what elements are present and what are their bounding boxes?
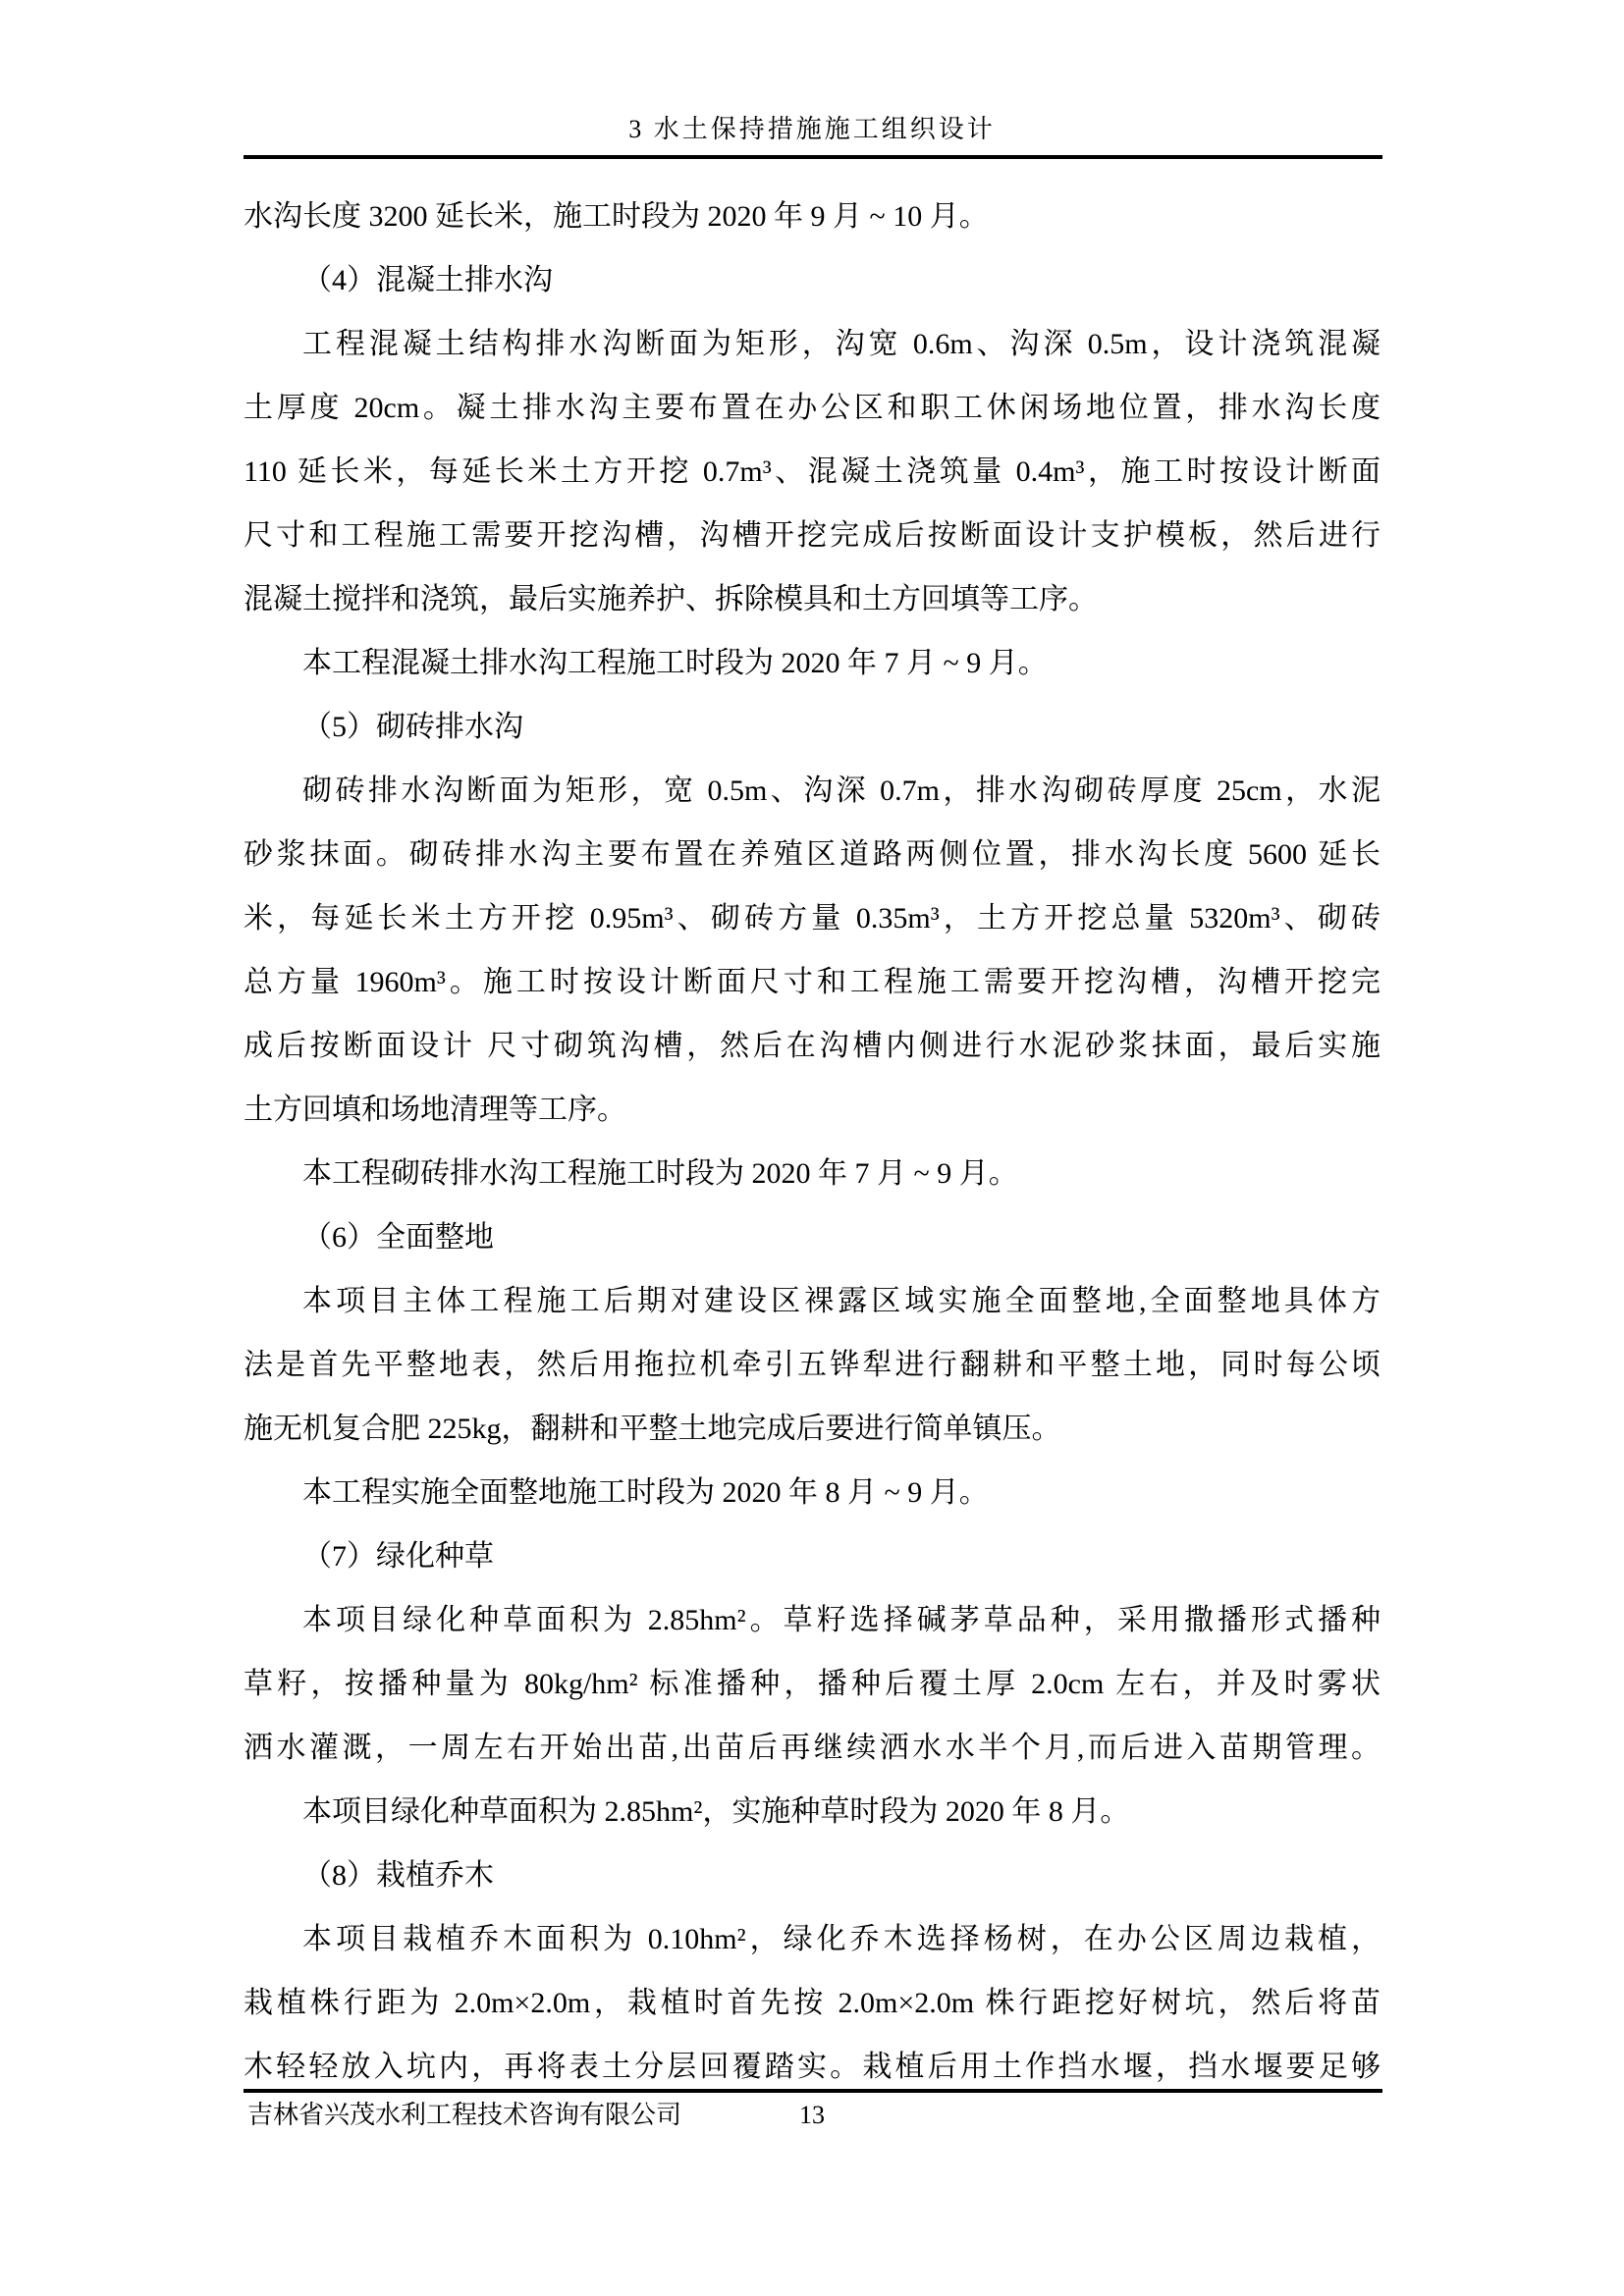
footer-rule [244, 2089, 1382, 2093]
body-line: 草籽，按播种量为 80kg/hm² 标准播种，播种后覆土厚 2.0cm 左右，并… [244, 1652, 1380, 1716]
body-line: 本项目绿化种草面积为 2.85hm²。草籽选择碱茅草品种，采用撒播形式播种 [244, 1588, 1380, 1652]
body-line: （7）绿化种草 [244, 1524, 1380, 1588]
body-line: 洒水灌溉，一周左右开始出苗,出苗后再继续洒水水半个月,而后进入苗期管理。 [244, 1716, 1380, 1780]
body-line: 本工程混凝土排水沟工程施工时段为 2020 年 7 月 ~ 9 月。 [244, 631, 1380, 695]
document-page: 3 水土保持措施施工组织设计 水沟长度 3200 延长米，施工时段为 2020 … [0, 0, 1624, 2296]
body-line: 米，每延长米土方开挖 0.95m³、砌砖方量 0.35m³，土方开挖总量 532… [244, 886, 1380, 950]
body-line: 混凝土搅拌和浇筑，最后实施养护、拆除模具和土方回填等工序。 [244, 567, 1380, 631]
body-line: 土厚度 20cm。凝土排水沟主要布置在办公区和职工休闲场地位置，排水沟长度 [244, 376, 1380, 440]
body-line: 本工程实施全面整地施工时段为 2020 年 8 月 ~ 9 月。 [244, 1461, 1380, 1524]
body-line: 砂浆抹面。砌砖排水沟主要布置在养殖区道路两侧位置，排水沟长度 5600 延长 [244, 823, 1380, 886]
body-line: 工程混凝土结构排水沟断面为矩形，沟宽 0.6m、沟深 0.5m，设计浇筑混凝 [244, 312, 1380, 376]
body-line: （5）砌砖排水沟 [244, 695, 1380, 759]
body-line: 110 延长米，每延长米土方开挖 0.7m³、混凝土浇筑量 0.4m³，施工时按… [244, 440, 1380, 504]
body-line: 成后按断面设计 尺寸砌筑沟槽，然后在沟槽内侧进行水泥砂浆抹面，最后实施 [244, 1014, 1380, 1078]
body-line: 总方量 1960m³。施工时按设计断面尺寸和工程施工需要开挖沟槽，沟槽开挖完 [244, 950, 1380, 1014]
footer-page-number: 13 [0, 2097, 1624, 2134]
body-line: 本工程砌砖排水沟工程施工时段为 2020 年 7 月 ~ 9 月。 [244, 1142, 1380, 1205]
body-line: （8）栽植乔木 [244, 1843, 1380, 1907]
body-line: 水沟长度 3200 延长米，施工时段为 2020 年 9 月 ~ 10 月。 [244, 185, 1380, 248]
body-line: 尺寸和工程施工需要开挖沟槽，沟槽开挖完成后按断面设计支护模板，然后进行 [244, 504, 1380, 567]
body-line: 本项目主体工程施工后期对建设区裸露区域实施全面整地,全面整地具体方 [244, 1269, 1380, 1333]
body-line: （4）混凝土排水沟 [244, 248, 1380, 312]
body-line: 砌砖排水沟断面为矩形，宽 0.5m、沟深 0.7m，排水沟砌砖厚度 25cm，水… [244, 759, 1380, 823]
body-line: 栽植株行距为 2.0m×2.0m，栽植时首先按 2.0m×2.0m 株行距挖好树… [244, 1971, 1380, 2035]
body-line: 本项目栽植乔木面积为 0.10hm²，绿化乔木选择杨树，在办公区周边栽植， [244, 1907, 1380, 1971]
header-rule [244, 155, 1382, 159]
body-line: 法是首先平整地表，然后用拖拉机牵引五铧犁进行翻耕和平整土地，同时每公顷 [244, 1333, 1380, 1397]
body-line: （6）全面整地 [244, 1205, 1380, 1269]
body-line: 土方回填和场地清理等工序。 [244, 1078, 1380, 1142]
page-body: 水沟长度 3200 延长米，施工时段为 2020 年 9 月 ~ 10 月。 （… [244, 185, 1380, 2099]
body-line: 本项目绿化种草面积为 2.85hm²，实施种草时段为 2020 年 8 月。 [244, 1780, 1380, 1843]
header-title: 3 水土保持措施施工组织设计 [0, 110, 1624, 149]
body-line: 施无机复合肥 225kg，翻耕和平整土地完成后要进行简单镇压。 [244, 1397, 1380, 1461]
